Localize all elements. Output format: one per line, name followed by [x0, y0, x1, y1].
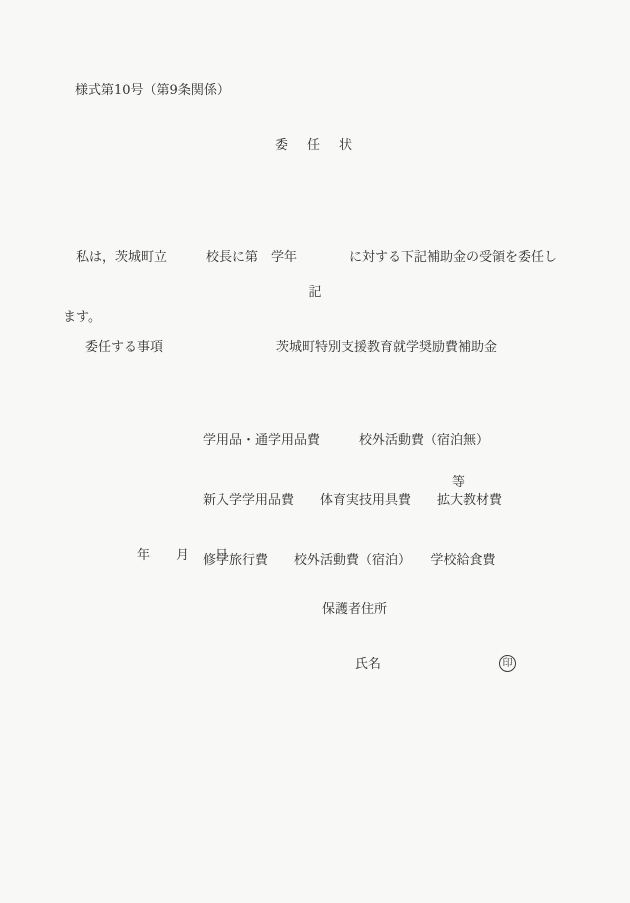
subsidy-item-line-3: 修学旅行費 校外活動費（宿泊） 学校給食費: [203, 551, 502, 571]
delegation-value: 茨城町特別支援教育就学奨励費補助金: [276, 336, 497, 355]
name-label: 氏名: [355, 653, 381, 672]
seal-stamp-label: 印: [503, 659, 513, 669]
subsidy-item-line-1: 学用品・通学用品費 校外活動費（宿泊無）: [203, 431, 502, 451]
document-title: 委 任 状: [0, 134, 630, 153]
form-number-label: 様式第10号（第9条関係）: [75, 79, 230, 98]
body-line-2: ます。: [63, 308, 557, 328]
document-page: 様式第10号（第9条関係） 委 任 状 私は，茨城町立 校長に第 学年 に対する…: [0, 0, 630, 903]
ki-marker: 記: [0, 281, 630, 300]
guardian-address-label: 保護者住所: [322, 598, 387, 617]
etc-label: 等: [452, 471, 465, 490]
date-line: 年 月 日: [137, 544, 228, 563]
seal-stamp-mark: 印: [499, 655, 516, 672]
delegation-label: 委任する事項: [85, 336, 163, 355]
body-line-1: 私は，茨城町立 校長に第 学年 に対する下記補助金の受領を委任し: [63, 248, 557, 268]
subsidy-items-list: 学用品・通学用品費 校外活動費（宿泊無） 新入学学用品費 体育実技用具費 拡大教…: [203, 391, 502, 611]
subsidy-item-line-2: 新入学学用品費 体育実技用具費 拡大教材費: [203, 491, 502, 511]
